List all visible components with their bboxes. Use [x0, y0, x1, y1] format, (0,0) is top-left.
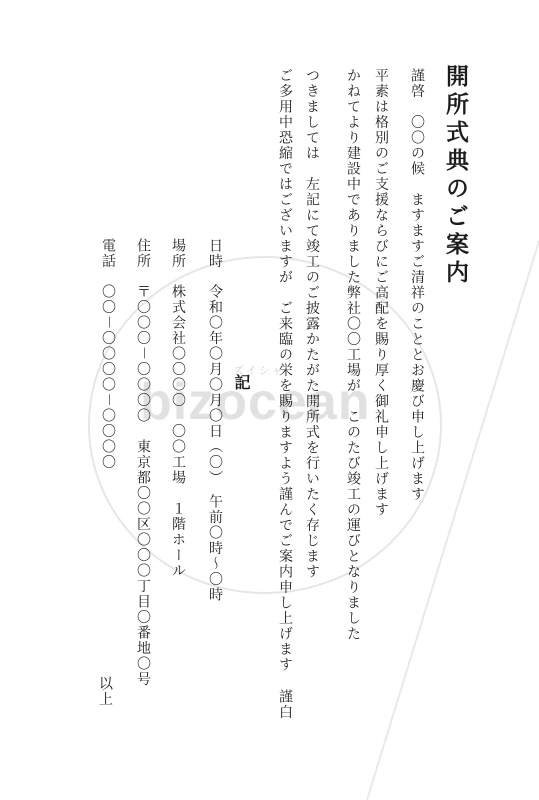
detail-address-value: 〒〇〇〇－〇〇〇〇 東京都〇〇区〇〇〇丁目〇番地〇号	[135, 284, 150, 687]
opening-paragraph: 謹啓 〇〇の候 ますますご清祥のこととお慶び申し上げます	[408, 68, 424, 502]
body-paragraph-1: 平素は格別のご支援ならびにご高配を賜り厚く御礼申し上げます	[372, 68, 388, 518]
detail-address: 住所〒〇〇〇－〇〇〇〇 東京都〇〇区〇〇〇丁目〇番地〇号	[134, 238, 150, 687]
detail-phone-label: 電話	[100, 238, 115, 269]
letter-page: ズイシャ bizocean 開所式典のご案内 謹啓 〇〇の候 ますますご清祥のこ…	[0, 0, 539, 800]
closing-word: 謹白	[276, 689, 292, 720]
record-marker: 記	[231, 374, 249, 390]
detail-phone-value: 〇〇－〇〇〇〇－〇〇〇〇	[100, 284, 115, 470]
detail-phone: 電話〇〇－〇〇〇〇－〇〇〇〇	[99, 238, 115, 470]
end-marker: 以上	[96, 676, 112, 707]
detail-datetime-value: 令和〇年〇月〇月〇日（〇） 午前〇時～〇時	[207, 284, 222, 603]
detail-place-label: 場所	[170, 238, 185, 269]
body-paragraph-4: ご多用中恐縮ではございますが ご来臨の栄を賜りますよう謹んでご案内申し上げます …	[276, 68, 292, 720]
detail-place-value: 株式会社〇〇〇〇 〇〇工場 １階ホール	[170, 284, 185, 579]
document-title: 開所式典のご案内	[444, 64, 467, 288]
detail-datetime-label: 日時	[207, 238, 222, 269]
detail-place: 場所株式会社〇〇〇〇 〇〇工場 １階ホール	[169, 238, 185, 579]
detail-datetime: 日時令和〇年〇月〇月〇日（〇） 午前〇時～〇時	[206, 238, 222, 603]
detail-address-label: 住所	[135, 238, 150, 269]
body-paragraph-4-text: ご多用中恐縮ではございますが ご来臨の栄を賜りますよう謹んでご案内申し上げます	[277, 68, 292, 673]
body-paragraph-3: つきましては 左記にて竣工のご披露かたがた開所式を行いたく存じます	[303, 68, 319, 580]
body-paragraph-2: かねてより建設中でありました弊社〇〇工場が このたび竣工の運びとなりました	[344, 68, 360, 642]
